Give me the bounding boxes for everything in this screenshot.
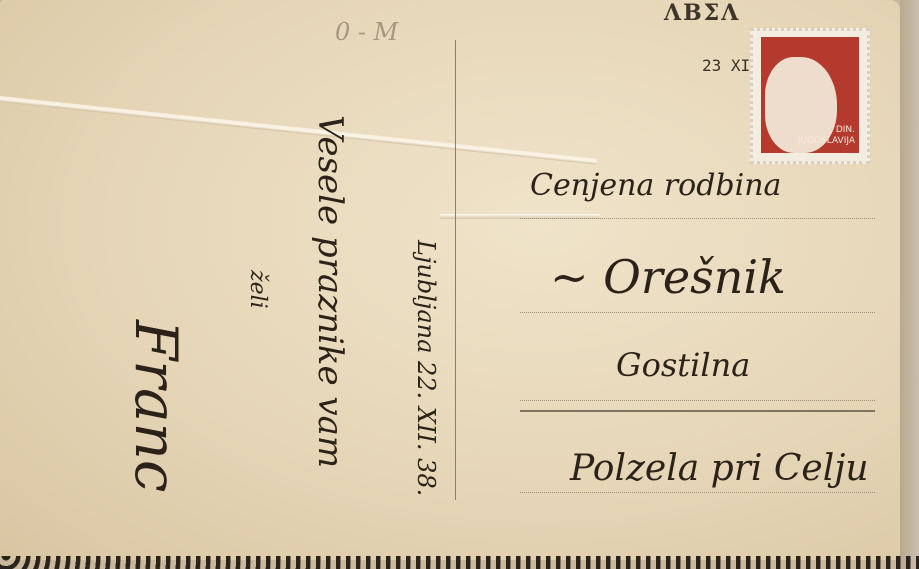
- address-rule-solid: [520, 410, 875, 412]
- address-line-1: Cenjena rodbina: [530, 168, 781, 203]
- address-rule-1: [520, 218, 875, 219]
- postmark-cancel: ΛBΣΛ: [664, 0, 794, 28]
- address-rule-2: [520, 312, 875, 313]
- background-surface: [900, 0, 919, 569]
- address-line-2: ~ Orešnik: [550, 250, 786, 304]
- message-greeting: Vesele praznike vam: [310, 115, 350, 468]
- paper-crease: [0, 96, 597, 165]
- pencil-note: 0 - M: [335, 18, 398, 46]
- deckled-edge: [0, 556, 919, 569]
- message-place-date: Ljubljana 22. XII. 38.: [412, 240, 440, 496]
- stamp-text: DIN. JUGOSLAVIJA: [798, 125, 855, 147]
- address-rule-3: [520, 400, 875, 401]
- postage-stamp: DIN. JUGOSLAVIJA: [750, 28, 870, 164]
- message-wish: želi: [245, 270, 270, 309]
- address-line-4: Polzela pri Celju: [570, 448, 869, 489]
- address-rule-4: [520, 492, 875, 493]
- center-divider-line: [455, 40, 456, 500]
- signature: Franc: [122, 320, 190, 492]
- address-line-3: Gostilna: [616, 346, 750, 384]
- postcard: 0 - M ΛBΣΛ 23 XII DIN. JUGOSLAVIJA Cenje…: [0, 0, 900, 560]
